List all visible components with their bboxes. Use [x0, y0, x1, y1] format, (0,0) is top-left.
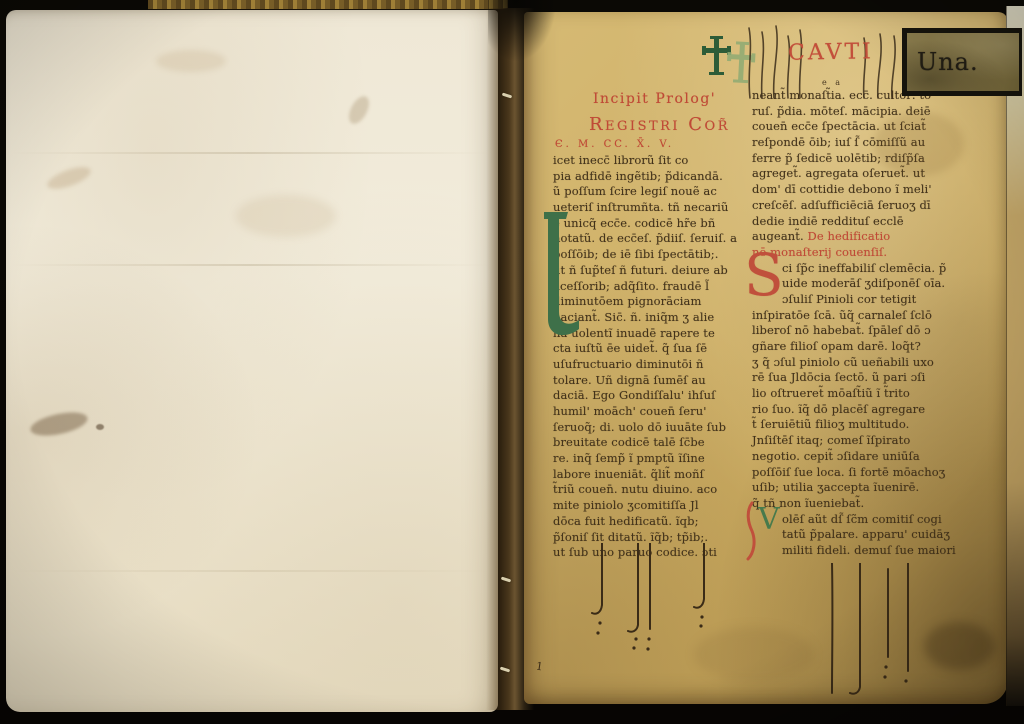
- manuscript-text-segment: De hedificatio: [808, 229, 891, 243]
- manuscript-text-line: notatũ. de ecc̄eſ. p̃diiſ. ſeruiſ. a: [553, 231, 753, 247]
- binding-gutter: [486, 8, 534, 710]
- stain: [45, 163, 94, 194]
- manuscript-text-line: dedie indiē reddituſ ecclē: [752, 214, 977, 230]
- book-cover-edge: [148, 0, 508, 10]
- manuscript-text-line: diminutōem pignorāciam: [553, 294, 753, 310]
- left-page-blank: [6, 10, 498, 712]
- rubric-title: Registri Cor̃: [589, 113, 753, 139]
- manuscript-text-line: ē unicq̃ ecc̄e. codicē hr̃e bñ: [553, 216, 753, 232]
- manuscript-text-line: ci ſp̃c ineffabiliſ clemēcia. p̃: [752, 261, 977, 277]
- manuscript-text-line: augeant̃. De hedificatio: [752, 229, 977, 245]
- pen-descender-flourish: [820, 563, 920, 703]
- binding-stitch: [500, 667, 510, 673]
- binding-stitch: [502, 93, 512, 99]
- binding-stitch: [501, 577, 511, 583]
- stain: [345, 93, 373, 127]
- decorated-initial-L: [540, 210, 582, 340]
- manuscript-photo: CAVTI e a Incipit Prolog' Registri Cor̃ …: [0, 0, 1024, 724]
- right-page-text: CAVTI e a Incipit Prolog' Registri Cor̃ …: [524, 12, 1008, 704]
- stain: [236, 195, 336, 237]
- manuscript-text-line: icet inecc̄ librorũ ſit co: [553, 153, 753, 169]
- manuscript-text-line: dōca fuit hedificatũ. ĩqb;: [553, 514, 753, 530]
- gutter-shadow: [488, 0, 558, 64]
- parchment-crease: [10, 152, 490, 154]
- manuscript-text-line: ut ñ ſup̃teſ ñ futuri. deiure ab: [553, 263, 753, 279]
- manuscript-text-line: labore inueniāt. q̃lit̃ moñſ: [553, 467, 753, 483]
- manuscript-text-line: pia adfidē ingẽtib; p̃dicandā.: [553, 169, 753, 185]
- manuscript-text-line: rio ſuo. ĩq̃ dō placēſ agregare: [752, 402, 977, 418]
- manuscript-text-line: ueteriſ inſtrumñta. tñ necariũ: [553, 200, 753, 216]
- text-block: icet inecc̄ librorũ ſit copia adfidē ing…: [553, 153, 753, 561]
- manuscript-text-line: cta iuſtũ ēe uidet̃. q̃ ſua ſē: [553, 341, 753, 357]
- page-stack-fore-edge: [1006, 6, 1024, 706]
- parchment-crease: [10, 570, 490, 572]
- text-column-left: Incipit Prolog' Registri Cor̃ Є. M. CC. …: [553, 86, 753, 561]
- ink-stain: [96, 424, 104, 430]
- manuscript-text-line: poſſōib; de iē ſibi ſpectātib;.: [553, 247, 753, 263]
- manuscript-text-line: uſib; utilia ʒaccepta ĩuenirē.: [752, 480, 977, 496]
- manuscript-text-line: tatũ p̃palare. apparu' cuidāʒ: [752, 527, 977, 543]
- manuscript-text-line: humil' moāch' couen̄ ſeru': [553, 404, 753, 420]
- manuscript-text-line: olēſ aũt dſ̃ ſc̃m comitiſ cogi: [752, 512, 977, 528]
- manuscript-text-line: daciā. Ego Gondiſſalu' ihſuſ: [553, 388, 753, 404]
- manuscript-text-line: liberoſ nō habebat̃. ſpāleſ dō ɔ: [752, 323, 977, 339]
- manuscript-text-line: paciant̃. Sic̄. ñ. iniq̃m ʒ alie: [553, 310, 753, 326]
- manuscript-text-line: ãceſſorib; adq̃ſito. fraudē l̃: [553, 279, 753, 295]
- folio-number-text: Una.: [907, 48, 979, 76]
- folio-heading: CAVTI: [788, 39, 874, 65]
- manuscript-text-line: tolare. Uñ dignā ſumēſ au: [553, 373, 753, 389]
- pen-descender-flourish: [588, 543, 718, 655]
- manuscript-text-line: poſſōiſ ſue loca. ſi fortē mōachoʒ: [752, 465, 977, 481]
- manuscript-text-line: negotio. cepit̃ ɔſidare uniūſa: [752, 449, 977, 465]
- folio-number-label: Una.: [902, 28, 1022, 96]
- manuscript-text-line: na uolentĩ inuadē rapere te: [553, 326, 753, 342]
- manuscript-text-line: ſeruoq̃; di. uolo dō iuuāte ſub: [553, 420, 753, 436]
- decorated-initial-V: V: [758, 505, 780, 535]
- ink-mark: 1: [535, 660, 544, 674]
- manuscript-text-line: t̃riũ couen̄. nutu diuino. aco: [553, 482, 753, 498]
- manuscript-text-line: inſpiratōe ſcā. ũq̃ carnaleſ ſclō: [752, 308, 977, 324]
- manuscript-text-line: t̃ ſeruiētiũ filioʒ multitudo.: [752, 417, 977, 433]
- stain: [874, 112, 964, 176]
- manuscript-text-line: lio oſtrueret̃ mōaſt̃iũ ĩ t̃rito: [752, 386, 977, 402]
- decorated-initial-S: S: [744, 246, 784, 304]
- stain: [156, 50, 226, 72]
- parchment-crease: [10, 264, 490, 266]
- manuscript-text-line: re. inq̃ ſemp̃ ĩ pmptũ ĩſine: [553, 451, 753, 467]
- manuscript-text-line: creſcēſ. adſufficiēciā ſeruoʒ dī: [752, 198, 977, 214]
- manuscript-text-line: Jnſiſtēſ itaq; comeſ ĩſpirato: [752, 433, 977, 449]
- manuscript-text-line: uſufructuario diminutōi ñ: [553, 357, 753, 373]
- rubric-incipit: Incipit Prolog': [593, 86, 753, 113]
- manuscript-text-line: ũ poſſum ſcire legiſ nouẽ ac: [553, 184, 753, 200]
- ink-stain: [29, 408, 90, 440]
- manuscript-text-line: breuitate codicē talē ſc̄be: [553, 435, 753, 451]
- rubric-numerals: Є. M. CC. X̄. V.: [555, 139, 753, 153]
- manuscript-text-line: q̃ tñ non ĩueniebat̃.: [752, 496, 977, 512]
- manuscript-text-line: ʒ q̃ ɔſul piniolo cũ ueñabili uxo: [752, 355, 977, 371]
- manuscript-text-line: uide moderāſ ʒdiſponēſ oīa.: [752, 276, 977, 292]
- manuscript-text-line: gñare filioſ opam darē. loq̃t?: [752, 339, 977, 355]
- manuscript-text-line: mite piniolo ʒcomitiſſa Jl: [553, 498, 753, 514]
- manuscript-text-line: militi fideli. demuſ ſue maiori: [752, 543, 977, 559]
- manuscript-text-line: nē monaſterij couenſiſ.: [752, 245, 977, 261]
- manuscript-text-line: dom' dī cottidie debono ĩ meli': [752, 182, 977, 198]
- manuscript-text-line: rē ſua Jldōcia ſectō. ũ pari ɔſi: [752, 370, 977, 386]
- stain: [924, 622, 994, 670]
- manuscript-text-line: ɔſuliſ Pinioli cor tetigit: [752, 292, 977, 308]
